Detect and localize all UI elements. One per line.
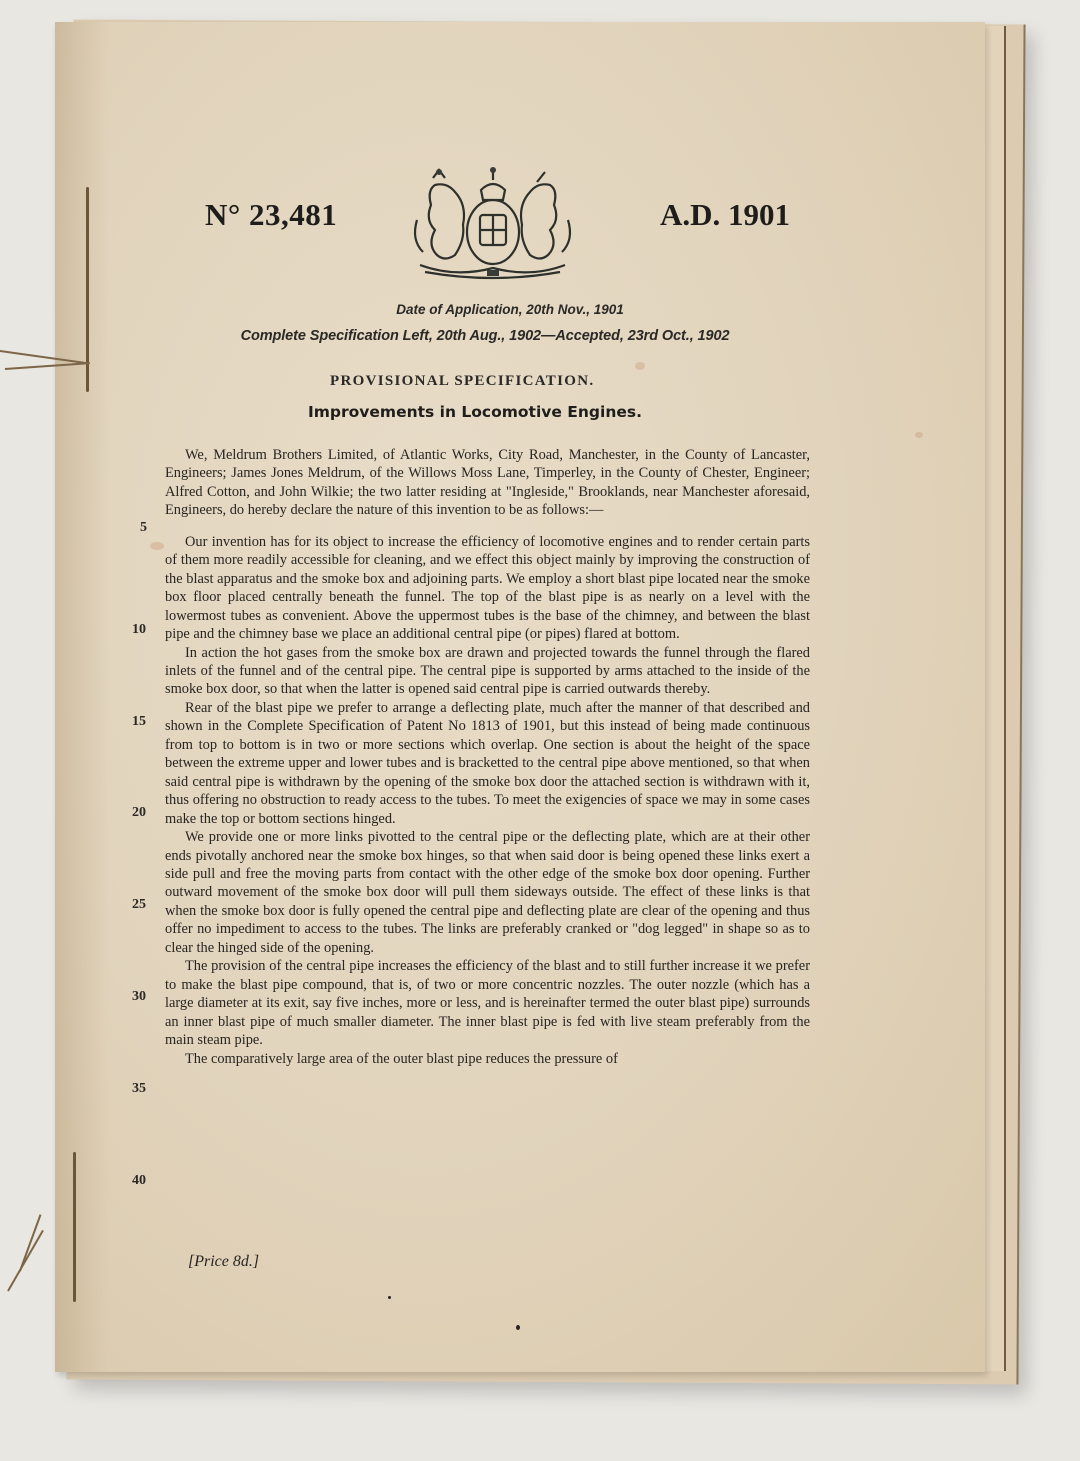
specification-type: PROVISIONAL SPECIFICATION. <box>330 373 594 390</box>
document-title: Improvements in Locomotive Engines. <box>308 403 642 421</box>
paper-stain <box>635 362 645 370</box>
line-number: 5 <box>140 520 147 536</box>
binding-thread <box>7 1230 44 1292</box>
binding-stitch-bottom <box>73 1152 76 1302</box>
line-number: 35 <box>132 1081 146 1097</box>
line-number: 40 <box>132 1173 146 1189</box>
line-number: 10 <box>132 622 146 638</box>
paper-stain <box>150 542 164 550</box>
line-number: 30 <box>132 989 146 1005</box>
price-label: [Price 8d.] <box>188 1253 259 1271</box>
line-number: 20 <box>132 805 146 821</box>
paper-stain <box>915 432 923 438</box>
paragraph-object: Our invention has for its object to incr… <box>165 533 810 644</box>
paragraph-action: In action the hot gases from the smoke b… <box>165 644 810 699</box>
ink-speck <box>388 1296 391 1299</box>
specification-body: We, Meldrum Brothers Limited, of Atlanti… <box>165 446 810 1068</box>
ink-speck <box>516 1325 520 1330</box>
patent-number-value: 23,481 <box>249 197 337 232</box>
paragraph-links: We provide one or more links pivotted to… <box>165 828 810 957</box>
paragraph-applicants: We, Meldrum Brothers Limited, of Atlanti… <box>165 446 810 520</box>
patent-year: A.D. 1901 <box>660 197 790 233</box>
paragraph-continued: The comparatively large area of the oute… <box>165 1050 810 1068</box>
line-number: 25 <box>132 897 146 913</box>
royal-coat-of-arms-icon <box>405 160 580 285</box>
date-of-application: Date of Application, 20th Nov., 1901 <box>0 302 1050 317</box>
paragraph-compound-blast-pipe: The provision of the central pipe increa… <box>165 957 810 1049</box>
patent-number-prefix: N° <box>205 197 241 232</box>
paragraph-deflecting-plate: Rear of the blast pipe we prefer to arra… <box>165 699 810 828</box>
complete-specification-dates: Complete Specification Left, 20th Aug., … <box>0 328 1025 344</box>
patent-number: N° 23,481 <box>205 197 337 233</box>
line-number: 15 <box>132 714 146 730</box>
